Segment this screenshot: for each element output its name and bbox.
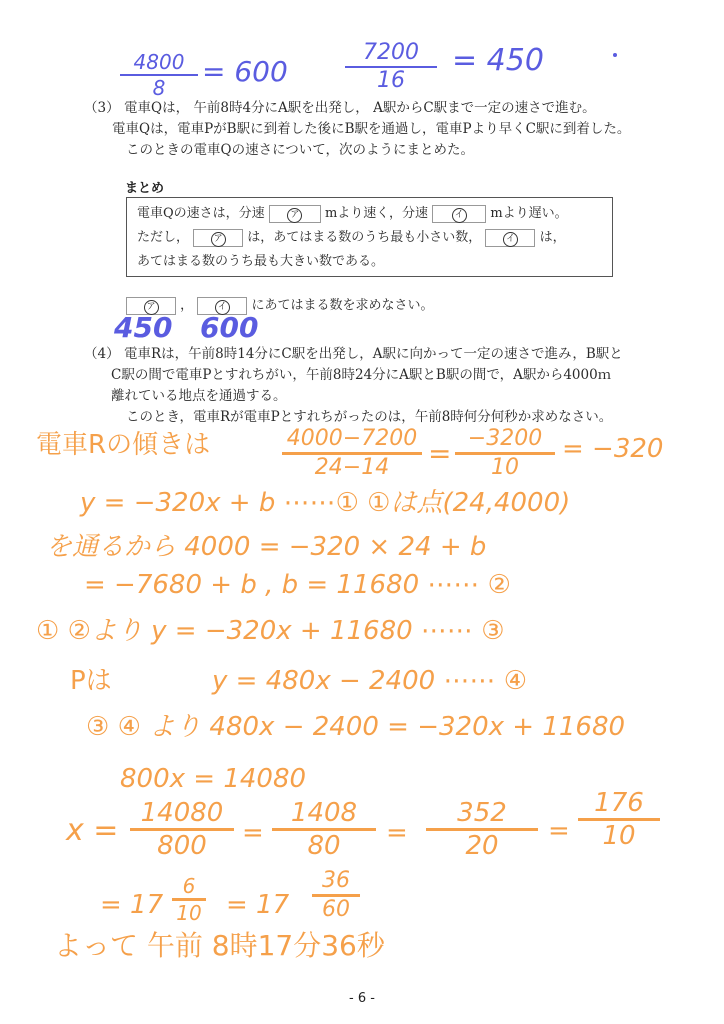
circled-a-label: ア bbox=[211, 232, 226, 247]
handwritten-answer-a: 450 bbox=[114, 314, 172, 342]
work-line4: = −7680 + b , b = 11680 ⋯⋯ ② bbox=[84, 572, 511, 598]
denominator: 80 bbox=[307, 833, 340, 859]
work-line2: y = −320x + b ⋯⋯① ①は点(24,4000) bbox=[80, 490, 570, 516]
work-equals: = bbox=[548, 818, 570, 844]
numerator: 176 bbox=[594, 790, 644, 816]
denominator: 24−14 bbox=[315, 457, 389, 479]
circled-i-label: イ bbox=[452, 208, 467, 223]
work-fraction-3200-over-10: −3200 10 bbox=[455, 428, 555, 479]
page-number: - 6 - bbox=[0, 991, 724, 1006]
summary-text: 電車Qの速さは，分速 bbox=[137, 206, 265, 221]
numerator: 36 bbox=[322, 870, 350, 892]
handwritten-fraction-7200-over-16: 7200 16 bbox=[345, 42, 437, 92]
summary-label: まとめ bbox=[125, 177, 164, 196]
numerator: 4000−7200 bbox=[287, 428, 417, 450]
work-line10-part2: = 17 bbox=[226, 892, 289, 918]
question3-line3: このときの電車Qの速さについて，次のようにまとめた。 bbox=[126, 140, 474, 160]
question4-line1: 電車Rは，午前8時14分にC駅を出発し，A駅に向かって一定の速さで進み，B駅と bbox=[124, 344, 623, 364]
summary-line2: ただし， ア は，あてはまる数のうち最も小さい数， イ は， bbox=[137, 228, 566, 248]
summary-line1: 電車Qの速さは，分速 ア mより速く，分速 イ mより遅い。 bbox=[137, 204, 568, 224]
handwritten-result-600: = 600 bbox=[202, 58, 288, 86]
blank-i: イ bbox=[432, 205, 486, 223]
work-line6-label: Pは bbox=[70, 668, 112, 694]
denominator: 60 bbox=[322, 899, 350, 921]
summary-text: mより遅い。 bbox=[490, 206, 567, 221]
question4-line4: このとき，電車Rが電車Pとすれちがったのは，午前8時何分何秒か求めなさい。 bbox=[126, 407, 612, 427]
work-fraction-slope: 4000−7200 24−14 bbox=[282, 428, 422, 479]
summary-text: ただし， bbox=[137, 230, 189, 245]
work-final-answer: よって 午前 8時17分36秒 bbox=[54, 932, 385, 960]
work-line7: ③ ④ より 480x − 2400 = −320x + 11680 bbox=[86, 714, 625, 740]
work-line1-prefix: 電車Rの傾きは bbox=[36, 432, 210, 458]
handwritten-fraction-4800-over-8: 4800 8 bbox=[120, 52, 198, 98]
numerator: 1408 bbox=[291, 800, 357, 826]
summary-box: 電車Qの速さは，分速 ア mより速く，分速 イ mより遅い。 ただし， ア は，… bbox=[126, 197, 613, 277]
work-line6-equation: y = 480x − 2400 ⋯⋯ ④ bbox=[212, 668, 527, 694]
question3-prompt: ア ， イ にあてはまる数を求めなさい。 bbox=[126, 296, 433, 316]
work-equals: = bbox=[242, 820, 264, 846]
work-line3: を通るから 4000 = −320 × 24 + b bbox=[46, 534, 486, 560]
work-fraction-6-over-10: 6 10 bbox=[172, 876, 206, 923]
question3-line1: 電車Qは， 午前8時4分にA駅を出発し， A駅からC駅まで一定の速さで進む。 bbox=[124, 98, 596, 118]
summary-line3: あてはまる数のうち最も大きい数である。 bbox=[137, 252, 384, 272]
work-line10-part1: = 17 bbox=[100, 892, 163, 918]
denominator: 8 bbox=[153, 78, 166, 98]
summary-text: は， bbox=[540, 230, 566, 245]
numerator: 352 bbox=[457, 800, 507, 826]
prompt-text: にあてはまる数を求めなさい。 bbox=[251, 298, 433, 313]
question4-line3: 離れている地点を通過する。 bbox=[111, 386, 287, 406]
circled-a-label: ア bbox=[287, 208, 302, 223]
numerator: −3200 bbox=[468, 428, 542, 450]
work-fraction-176-over-10: 176 10 bbox=[578, 790, 660, 849]
stray-ink-dot bbox=[613, 53, 617, 57]
denominator: 800 bbox=[157, 833, 207, 859]
separator: ， bbox=[180, 298, 193, 313]
blank-a: ア bbox=[193, 229, 243, 247]
work-slope-result: = −320 bbox=[562, 436, 663, 462]
denominator: 20 bbox=[465, 833, 498, 859]
work-fraction-14080-over-800: 14080 800 bbox=[130, 800, 234, 859]
work-equals: = bbox=[386, 820, 408, 846]
numerator: 6 bbox=[183, 876, 196, 896]
work-line5: ① ②より y = −320x + 11680 ⋯⋯ ③ bbox=[36, 618, 505, 644]
work-line8: 800x = 14080 bbox=[120, 766, 306, 792]
summary-text: mより速く，分速 bbox=[325, 206, 428, 221]
question3-number: （3） bbox=[84, 98, 120, 118]
work-line9-prefix: x = bbox=[66, 816, 118, 846]
numerator: 14080 bbox=[141, 800, 224, 826]
numerator: 7200 bbox=[363, 42, 419, 64]
question3-line2: 電車Qは，電車PがB駅に到着した後にB駅を通過し，電車Pより早くC駅に到着した。 bbox=[112, 119, 630, 139]
summary-text: は，あてはまる数のうち最も小さい数， bbox=[247, 230, 481, 245]
numerator: 4800 bbox=[134, 52, 185, 72]
denominator: 10 bbox=[491, 457, 519, 479]
blank-a: ア bbox=[269, 205, 321, 223]
work-fraction-1408-over-80: 1408 80 bbox=[272, 800, 376, 859]
handwritten-answer-i: 600 bbox=[200, 314, 258, 342]
question4-line2: C駅の間で電車Pとすれちがい，午前8時24分にA駅とB駅の間で，A駅から4000… bbox=[111, 365, 611, 385]
denominator: 10 bbox=[602, 823, 635, 849]
circled-i-label: イ bbox=[503, 232, 518, 247]
work-fraction-36-over-60: 36 60 bbox=[312, 870, 360, 921]
work-fraction-352-over-20: 352 20 bbox=[426, 800, 538, 859]
denominator: 16 bbox=[377, 70, 405, 92]
blank-i: イ bbox=[485, 229, 535, 247]
work-equals: = bbox=[428, 440, 451, 468]
handwritten-result-450: = 450 bbox=[452, 46, 544, 76]
question4-number: （4） bbox=[84, 344, 120, 364]
denominator: 10 bbox=[176, 903, 201, 923]
